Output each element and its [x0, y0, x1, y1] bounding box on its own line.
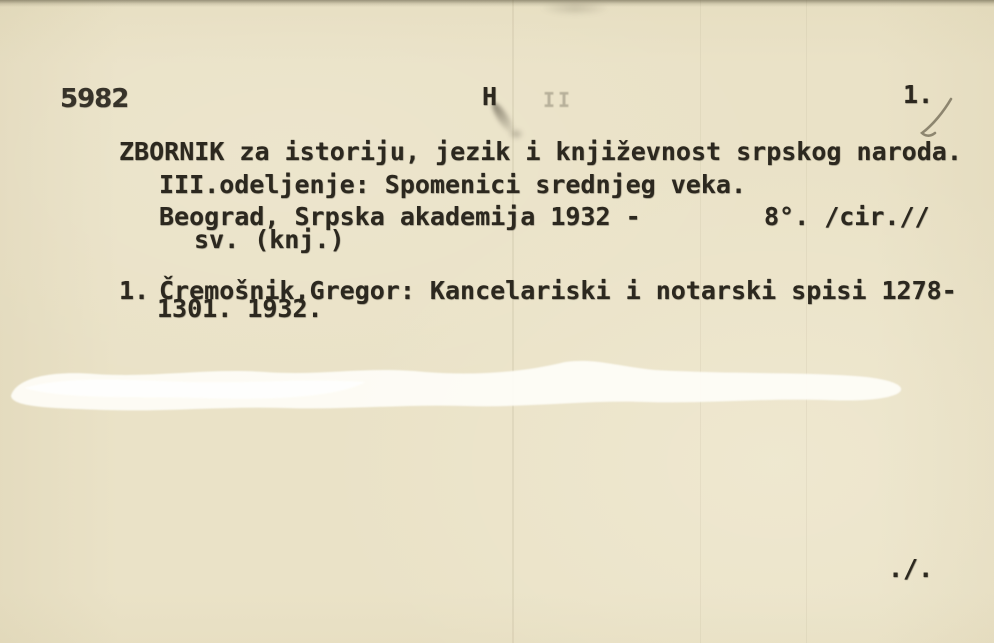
format-note: 8°. /cir.// — [764, 204, 930, 229]
ink-smudge — [540, 0, 610, 16]
paper-crease — [700, 0, 701, 643]
erased-pencil-mark: II — [543, 90, 573, 110]
catalog-card: 5982 H II 1. ZBORNIK za istoriju, jezik … — [0, 0, 994, 643]
title-line: ZBORNIK za istoriju, jezik i književnost… — [119, 139, 962, 164]
paper-crease — [806, 0, 807, 643]
section-line: III.odeljenje: Spomenici srednjeg veka. — [159, 172, 746, 197]
entry-continuation: 1301. 1932. — [157, 296, 323, 321]
footer-mark: ./. — [888, 556, 933, 581]
holdings-line: sv. (knj.) — [194, 227, 345, 252]
entry-number: 1. — [119, 278, 149, 303]
pencil-check-mark — [915, 96, 959, 142]
scan-top-edge — [0, 0, 994, 7]
whiteout-strip — [5, 358, 915, 420]
catalog-number: 5982 — [60, 86, 128, 112]
paper-crease — [512, 0, 514, 643]
